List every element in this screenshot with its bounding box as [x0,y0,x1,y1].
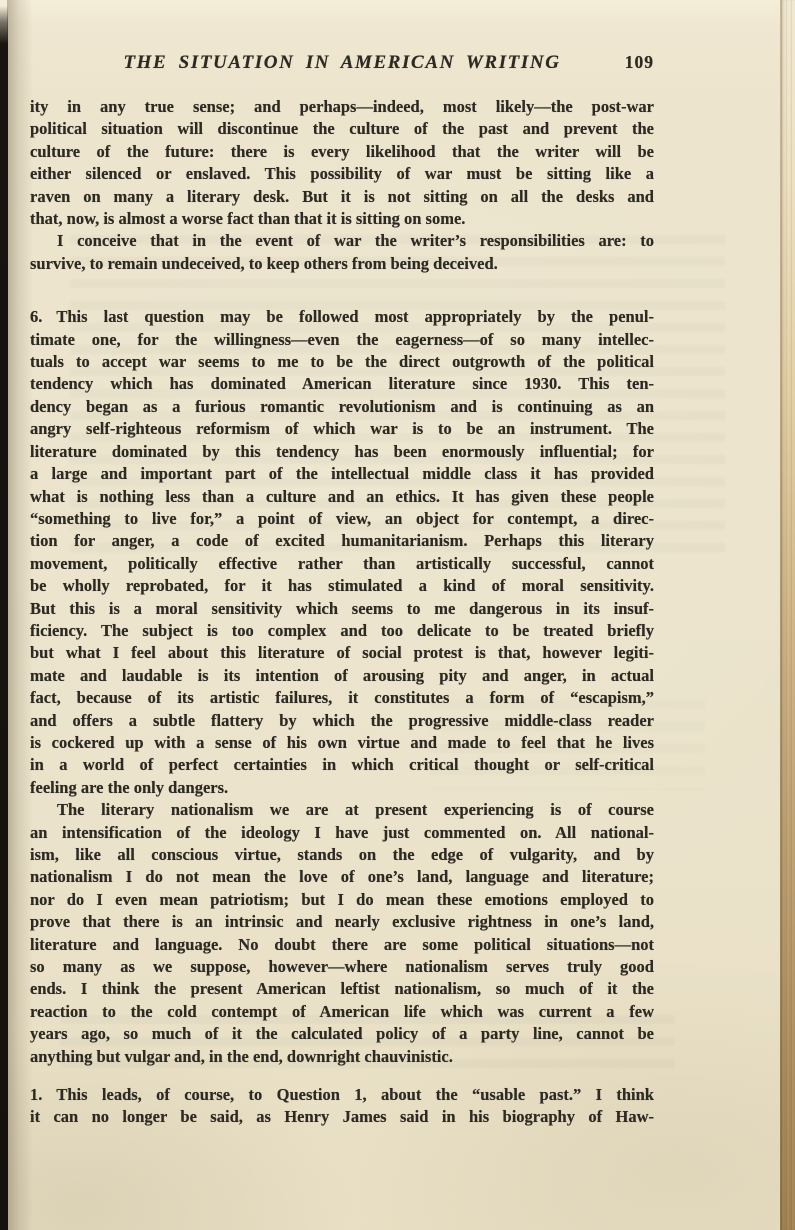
text-line: raven on many a literary desk. But it is… [30,186,654,208]
text-line: years ago, so much of it the calculated … [30,1023,654,1045]
text-line: it can no longer be said, as Henry James… [30,1106,654,1128]
text-line: reaction to the cold contempt of America… [30,1001,654,1023]
text-line: survive, to remain undeceived, to keep o… [30,253,654,275]
text-line: a large and important part of the intell… [30,463,654,485]
text-line: ends. I think the present American lefti… [30,978,654,1000]
text-line: tion for anger, a code of excited humani… [30,530,654,552]
page-number: 109 [625,52,654,73]
text-line: what is nothing less than a culture and … [30,486,654,508]
body-text: ity in any true sense; and perhaps—indee… [30,96,654,1129]
text-line-body: This leads, of course, to Question 1, ab… [56,1085,654,1104]
running-head: THE SITUATION IN AMERICAN WRITING 109 [30,52,654,76]
text-line: culture of the future: there is every li… [30,141,654,163]
text-line: The literary nationalism we are at prese… [30,799,654,821]
text-line: nor do I even mean patriotism; but I do … [30,889,654,911]
text-line: be wholly reprobated, for it has stimula… [30,575,654,597]
text-line: anything but vulgar and, in the end, dow… [30,1046,654,1068]
page-header-title: THE SITUATION IN AMERICAN WRITING [30,52,654,74]
text-line: that, now, is almost a worse fact than t… [30,208,654,230]
text-line: so many as we suppose, however—where nat… [30,956,654,978]
text-line: in a world of perfect certainties in whi… [30,754,654,776]
text-line: an intensification of the ideology I hav… [30,822,654,844]
paragraph-continuation: ity in any true sense; and perhaps—indee… [30,96,654,230]
text-line: ity in any true sense; and perhaps—indee… [30,96,654,118]
paragraph: The literary nationalism we are at prese… [30,799,654,1068]
text-line: 6.This last question may be followed mos… [30,306,654,328]
text-line: either silenced or enslaved. This possib… [30,163,654,185]
text-line: but what I feel about this literature of… [30,642,654,664]
text-line: tuals to accept war seems to me to be th… [30,351,654,373]
text-line: angry self-righteous reformism of which … [30,418,654,440]
text-line: is cockered up with a sense of his own v… [30,732,654,754]
text-line: “something to live for,” a point of view… [30,508,654,530]
section-paragraph-1: 1.This leads, of course, to Question 1, … [30,1084,654,1129]
text-line: ficiency. The subject is too complex and… [30,620,654,642]
text-line: movement, politically effective rather t… [30,553,654,575]
text-line: and offers a subtle flattery by which th… [30,710,654,732]
section-number: 6. [30,307,42,326]
text-line: prove that there is an intrinsic and nea… [30,911,654,933]
book-spine-edge [0,0,8,1230]
text-line: 1.This leads, of course, to Question 1, … [30,1084,654,1106]
text-line: ism, like all conscious virtue, stands o… [30,844,654,866]
text-line: nationalism I do not mean the love of on… [30,866,654,888]
paragraph: I conceive that in the event of war the … [30,230,654,275]
text-line: literature and language. No doubt there … [30,934,654,956]
text-line: political situation will discontinue the… [30,118,654,140]
text-line-body: This last question may be followed most … [56,307,654,326]
text-line: mate and laudable is its intention of ar… [30,665,654,687]
page-edge-band [780,0,795,1230]
text-line: fact, because of its artistic failures, … [30,687,654,709]
text-line: I conceive that in the event of war the … [30,230,654,252]
text-line: literature dominated by this tendency ha… [30,441,654,463]
text-line: dency began as a furious romantic revolu… [30,396,654,418]
text-line: feeling are the only dangers. [30,777,654,799]
text-line: But this is a moral sensitivity which se… [30,598,654,620]
section-number: 1. [30,1085,42,1104]
text-line: tendency which has dominated American li… [30,373,654,395]
text-line: timate one, for the willingness—even the… [30,329,654,351]
section-paragraph-6: 6.This last question may be followed mos… [30,306,654,799]
